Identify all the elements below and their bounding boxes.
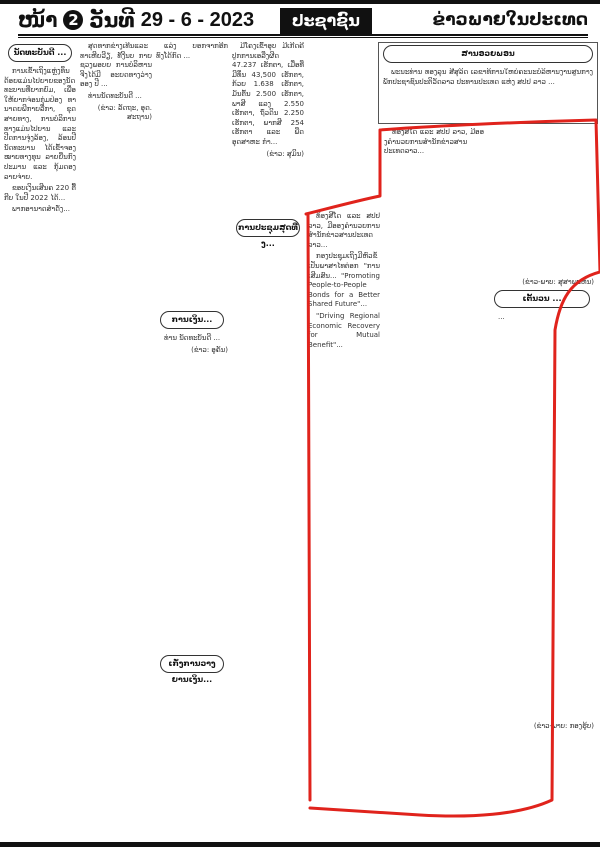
article-paragraph: ກອງປະຊຸມເຖິງມີຫົວຂໍ້ເປັນພາສາໄທຕ່ອກ "ການເ…: [308, 252, 380, 310]
article-paragraph: ສຸດທາກຂ່າງເທີນແລະທາເຫີຍວີຽ, ທັງີນບ ກາຍຊວ…: [80, 42, 152, 90]
article-source: (ຂ່າວ-ພາບ: ກອງຮູ້ບ): [490, 722, 594, 732]
page-date-block: ໜ້າ 2 ວັນທີ 29 - 6 - 2023: [18, 8, 254, 32]
article-paragraph: ແລ່ງ ບອກຈາກອີກທົງໂດ້ກົດ ...: [156, 42, 228, 61]
top-rule: [0, 0, 600, 4]
article-column-7: (ຂ່າວ-ພາບ: ສຸສາພະຫັນ) ເຕັ້ນວນ ... ... (ຂ…: [490, 128, 594, 838]
article-paragraph: ມີໂຄງເຂົ້າອຸບ ມີເກີດຄີ ປູກການເອລີ່ງຜີດ 4…: [232, 42, 304, 148]
header-rule: [18, 34, 588, 36]
article-paragraph: ...: [490, 313, 594, 323]
header-rule-thin: [18, 37, 588, 38]
article-paragraph: ທ່ານນັດທະບັນດີ ...: [80, 92, 152, 102]
article-column-6: ທ້ອງສີໂດ ແລະ ສປປ ລາວ, ມີອອງຄຳນວຍການສຳນັກ…: [384, 128, 484, 838]
article-heading: ການປະຊຸມສຸດທີ່ງ...: [236, 219, 300, 237]
article-heading: ການເງິນ...: [160, 311, 224, 329]
article-paragraph: ການເຂົ້າເຖິງແຫຼ່ງທຶນດ້ອຍແມ່ນໄປຍາຍຂອງນັດທ…: [4, 67, 76, 182]
greeting-box: ສານອວຍພອນ ພະນະທ່ານ ທອງລຸນ ສີສຸລິດ ເລຂາທິ…: [378, 42, 598, 124]
bottom-rule: [0, 842, 600, 847]
date-label: ວັນທີ: [89, 8, 134, 32]
date-value: 29 - 6 - 2023: [141, 9, 254, 32]
article-column-2: ສຸດທາກຂ່າງເທີນແລະທາເຫີຍວີຽ, ທັງີນບ ກາຍຊວ…: [80, 42, 152, 837]
article-heading: ນັດທະບັນດີ ...: [8, 44, 72, 62]
article-paragraph: ທ້ອງສີໂດ ແລະ ສປປ ລາວ, ມີອອງຄຳນວຍການສຳນັກ…: [308, 212, 380, 250]
article-source: (ຂ່າວ: ສຸມິນ): [232, 150, 304, 160]
article-column-3: ແລ່ງ ບອກຈາກອີກທົງໂດ້ກົດ ... ການເງິນ... ທ…: [156, 42, 228, 837]
greeting-paragraph: ພະນະທ່ານ ທອງລຸນ ສີສຸລິດ ເລຂາທິການໃຫຍ່ຄະນ…: [383, 68, 593, 87]
article-paragraph: ທ່ານ ນັດທະບັນດີ ...: [156, 334, 228, 344]
article-source: (ຂ່າວ: ອູຄັນ): [156, 346, 228, 356]
article-heading: ເກັ່ງການວາງຍານເງິນ...: [160, 655, 224, 673]
greeting-text: ພະນະທ່ານ ທອງລຸນ ສີສຸລິດ ເລຂາທິການໃຫຍ່ຄະນ…: [379, 68, 597, 89]
article-heading: ເຕັ້ນວນ ...: [494, 290, 590, 308]
article-column-4: ມີໂຄງເຂົ້າອຸບ ມີເກີດຄີ ປູກການເອລີ່ງຜີດ 4…: [232, 42, 304, 837]
article-source: (ຂ່າວ-ພາບ: ສຸສາພະຫັນ): [490, 278, 594, 288]
article-source: (ຂ່າວ: ລັດຖະ, ອຸດ. ສະຖານ): [80, 104, 152, 123]
page-header: ໜ້າ 2 ວັນທີ 29 - 6 - 2023 ປະຊາຊົນ ຂ່າວພາ…: [18, 8, 588, 34]
article-column-5: ທ້ອງສີໂດ ແລະ ສປປ ລາວ, ມີອອງຄຳນວຍການສຳນັກ…: [308, 42, 380, 837]
newspaper-name: ປະຊາຊົນ: [280, 8, 372, 34]
page-label: ໜ້າ: [18, 8, 57, 32]
section-title: ຂ່າວພາຍໃນປະເທດ: [433, 10, 588, 30]
article-column-1: ນັດທະບັນດີ ... ການເຂົ້າເຖິງແຫຼ່ງທຶນດ້ອຍແ…: [4, 42, 76, 837]
article-paragraph: ທ້ອງສີໂດ ແລະ ສປປ ລາວ, ມີອອງຄຳນວຍການສຳນັກ…: [384, 128, 484, 157]
greeting-heading: ສານອວຍພອນ: [383, 45, 593, 63]
article-paragraph: ຂອບເງິນເສີນຄ 220 ຕື້ກີບ ໃນປີ 2022 ໄດ້...: [4, 184, 76, 203]
page-number-badge: 2: [63, 10, 83, 30]
article-paragraph: ພາກອານາດສຳດັ່ງ...: [4, 205, 76, 215]
article-paragraph: "Driving Regional Economic Recovery for …: [308, 312, 380, 350]
